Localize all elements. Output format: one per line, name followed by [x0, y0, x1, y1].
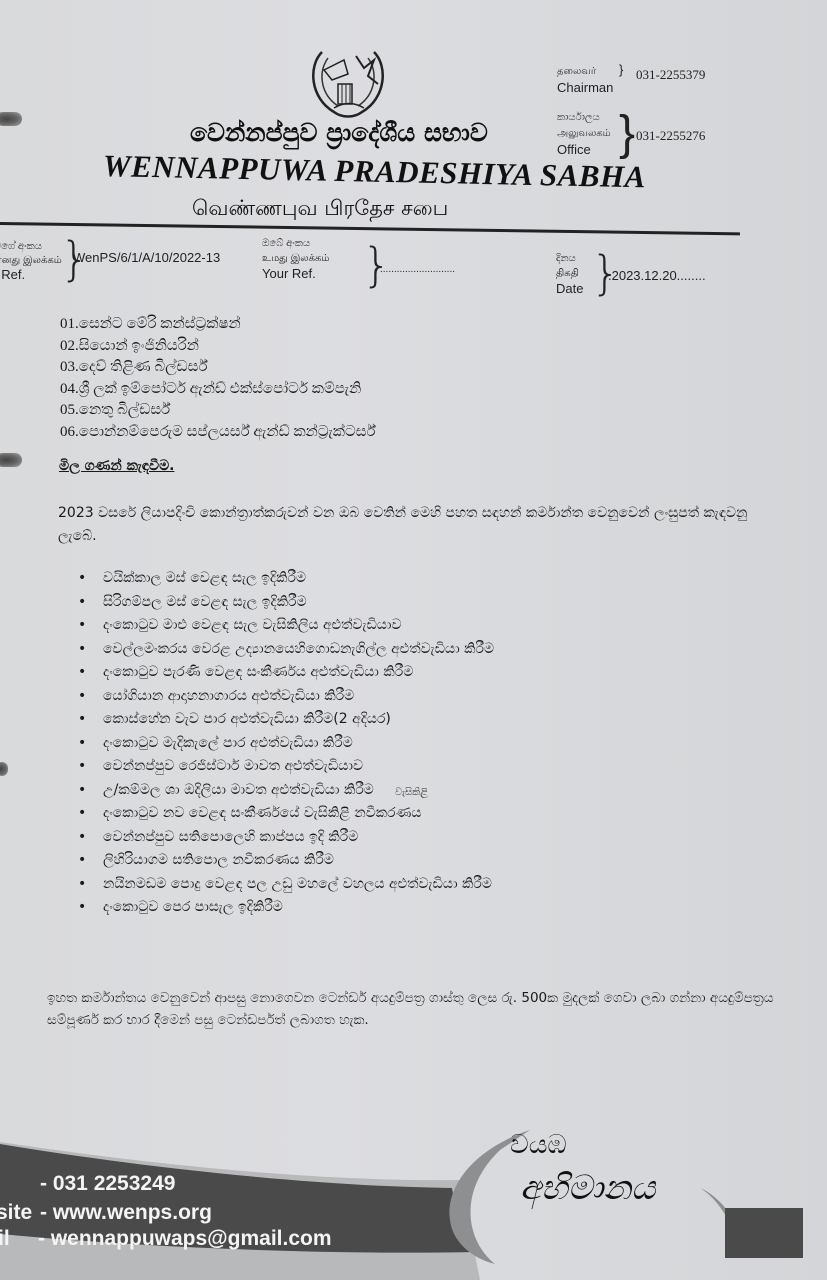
brace: } — [619, 110, 635, 158]
list-item: දංකොටුව පෙර පාසැල ඉදිකිරීම — [78, 896, 494, 920]
list-item: වෙල්ලමංකරය වෙරළ උද්‍යානයෙහිගොඩනැගිල්ල අළ… — [78, 638, 494, 662]
list-item: උ/කම්මල ශා ඔදිලියා මාවත අළුත්වැඩියා කිරී… — [78, 779, 494, 803]
addressee: 01.සෙන්ට මේරි කන්ස්ට්‍රක්ෂන් — [60, 314, 376, 336]
our-ref-value: WenPS/6/1/A/10/2022-13 — [73, 250, 220, 265]
your-ref-label-si: ඔබේ අංකය — [262, 236, 329, 251]
list-item: දංකොටුව පැරණි වෙළඳ සංකීර්ණය අළුත්වැඩියා … — [78, 661, 494, 685]
closing-paragraph: ඉහත කර්මාන්තය වෙනුවෙන් ආපසු නොගෙවන ටෙන්ඩ… — [47, 987, 807, 1031]
our-ref-label-si: මගේ අංකය — [0, 240, 62, 254]
our-ref-label: මගේ අංකය எனது இலக்கம் Our Ref. — [0, 240, 62, 282]
date-label: දිනය திகதி Date — [556, 251, 583, 296]
punch-hole — [0, 762, 8, 776]
our-ref-label-ta: எனது இலக்கம் — [0, 254, 62, 268]
office-label: Office — [557, 142, 611, 158]
office-label-sinhala: කාර්යාලය — [557, 110, 611, 126]
list-item: දංකොටුව මැදිකැලේ පාර අළුත්වැඩියා කිරීම — [78, 732, 494, 756]
your-ref-label-ta: உமது இலக்கம் — [262, 251, 329, 266]
chairman-label-tamil: தலைவர் — [557, 64, 613, 80]
footer-label-website: site — [0, 1201, 32, 1225]
punch-hole — [0, 453, 22, 467]
footer-phone: - 031 2253249 — [40, 1172, 175, 1196]
office-label-tamil: அலுவலகம் — [557, 126, 611, 142]
list-item: වෙන්නප්පුව රෙජිස්ටාර් මාවත අළුත්වැඩියාව — [78, 755, 494, 779]
footer-label-email: il — [0, 1227, 10, 1251]
header-divider — [0, 222, 740, 235]
subject-heading: මිල ගණන් කැඳවීම. — [59, 458, 174, 474]
date-label-si: දිනය — [556, 251, 583, 266]
slogan-line1: වයඹ — [510, 1130, 567, 1161]
list-item: වයික්කාල මස් වෙළඳ සැල ඉදිකිරීම — [78, 567, 494, 591]
your-ref-label-en: Your Ref. — [262, 266, 329, 281]
office-contact: කාර්යාලය அலுவலகம் Office — [557, 110, 611, 158]
chairman-label: Chairman — [557, 80, 613, 96]
addressee: 04.ශ්‍රී ලක් ඉම්පෝර්ට ඇන්ඩ් එක්ස්පෝර්ට ක… — [60, 379, 376, 401]
list-item: ලිහිරියාගම සතිපොල නවීකරණය කිරීම — [78, 849, 494, 873]
handwritten-note: වැසිකිළි — [395, 787, 428, 798]
list-item: වෙන්නප්පුව සතිපොලෙහි කාප්පය ඉදි කිරීම — [78, 826, 494, 850]
your-ref-label: ඔබේ අංකය உமது இலக்கம் Your Ref. — [262, 236, 329, 281]
slogan-line2: අභිමානය — [520, 1168, 655, 1208]
punch-hole — [0, 112, 22, 126]
addressee: 03.දෙව් තිළිණ බිල්ඩර්ස් — [60, 357, 376, 379]
addressee: 05.නෙතු බිල්ඩර්ස් — [60, 400, 376, 422]
intro-paragraph: 2023 වසරේ ලියාපදිංචි කොන්ත්‍රාත්කරුවන් ව… — [58, 502, 778, 548]
your-ref-value: ........................... — [380, 264, 455, 275]
list-item: යෝගියාන ආදාහනාගාරය අළුත්වැඩියා කිරීම — [78, 685, 494, 709]
list-item: නයිනමඩම පොදු වෙළඳ පල උඩු මහලේ වහලය අළුත්… — [78, 873, 494, 897]
footer-email[interactable]: - wennappuwaps@gmail.com — [38, 1227, 332, 1251]
list-item: දංකොටුව මාළු වෙළඳ සැල වැසිකිලිය අළුත්වැඩ… — [78, 614, 494, 638]
office-phone: 031-2255276 — [636, 128, 705, 144]
list-item: සිරිගම්පල මස් වෙළඳ සැල ඉදිකිරීම — [78, 591, 494, 615]
addressee: 02.සියොන් ඉංජිනියරින් — [60, 336, 376, 358]
date-value: .2023.12.20........ — [608, 268, 706, 283]
our-ref-label-en: Our Ref. — [0, 268, 62, 282]
org-name-tamil: வெண்ணபுவ பிரதேச சபை — [192, 196, 448, 223]
addressee: 06.පොන්නම්පෙරුම සප්ලයර්ස් ඇන්ඩ් කන්ට්‍රැ… — [60, 422, 376, 444]
addressee-list: 01.සෙන්ට මේරි කන්ස්ට්‍රක්ෂන් 02.සියොන් ඉ… — [60, 314, 376, 443]
chairman-contact: தலைவர் Chairman — [557, 64, 613, 96]
list-item: කොස්හේන වැව පාර අළුත්වැඩියා කිරීම(2 අදිය… — [78, 708, 494, 732]
footer-website[interactable]: - www.wenps.org — [40, 1201, 212, 1225]
brace: } — [619, 62, 623, 78]
date-label-en: Date — [556, 281, 583, 296]
council-emblem-icon — [304, 46, 392, 122]
list-item: දංකොටුව නව වෙළඳ සංකීර්ණයේ වැසිකිළි නවීකර… — [78, 802, 494, 826]
date-label-ta: திகதி — [556, 266, 583, 281]
works-list: වයික්කාල මස් වෙළඳ සැල ඉදිකිරීම සිරිගම්පල… — [78, 567, 494, 920]
org-name-sinhala: වෙන්නප්පුව ප්‍රාදේශීය සභාව — [190, 118, 488, 148]
chairman-phone: 031-2255379 — [636, 67, 705, 83]
